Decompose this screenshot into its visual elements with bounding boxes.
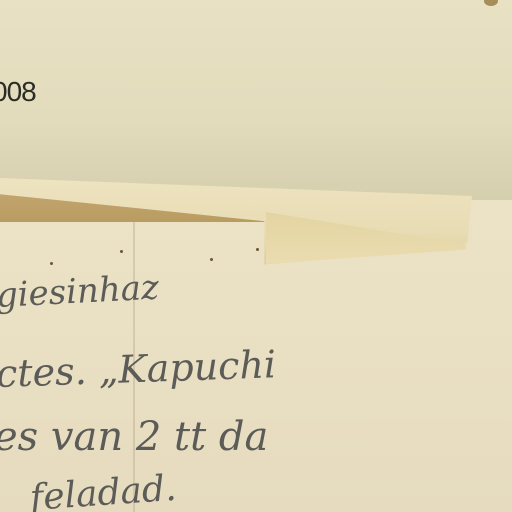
speck <box>50 262 53 265</box>
speck <box>256 248 259 251</box>
printed-card: 008 <box>0 0 512 200</box>
handwriting-line-1: giesinhaz <box>0 267 160 315</box>
paper-stain <box>484 0 498 6</box>
speck <box>210 258 213 261</box>
speck <box>120 250 123 253</box>
printed-number: 008 <box>0 76 36 108</box>
handwriting-line-3: es van 2 tt da <box>0 414 268 460</box>
